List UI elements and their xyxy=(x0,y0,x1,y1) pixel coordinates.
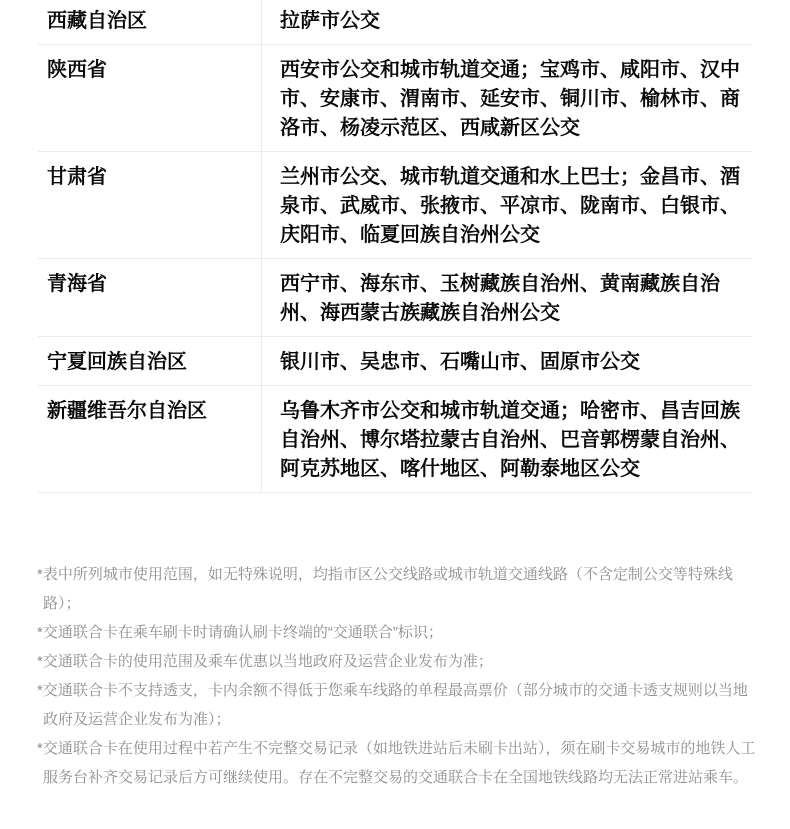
province-cell: 西藏自治区 xyxy=(38,0,261,44)
table-row: 宁夏回族自治区 银川市、吴忠市、石嘴山市、固原市公交 xyxy=(38,337,752,386)
coverage-cell: 兰州市公交、城市轨道交通和水上巴士；金昌市、酒泉市、武威市、张掖市、平凉市、陇南… xyxy=(261,152,752,258)
coverage-cell: 西宁市、海东市、玉树藏族自治州、黄南藏族自治州、海西蒙古族藏族自治州公交 xyxy=(261,259,752,336)
table-row: 陕西省 西安市公交和城市轨道交通；宝鸡市、咸阳市、汉中市、安康市、渭南市、延安市… xyxy=(38,45,752,152)
coverage-cell: 银川市、吴忠市、石嘴山市、固原市公交 xyxy=(261,337,752,385)
province-cell: 新疆维吾尔自治区 xyxy=(38,386,261,492)
transit-coverage-page: 西藏自治区 拉萨市公交 陕西省 西安市公交和城市轨道交通；宝鸡市、咸阳市、汉中市… xyxy=(0,0,790,829)
table-row: 甘肃省 兰州市公交、城市轨道交通和水上巴士；金昌市、酒泉市、武威市、张掖市、平凉… xyxy=(38,152,752,259)
coverage-table: 西藏自治区 拉萨市公交 陕西省 西安市公交和城市轨道交通；宝鸡市、咸阳市、汉中市… xyxy=(38,0,752,493)
footnote: *交通联合卡在使用过程中若产生不完整交易记录（如地铁进站后未刷卡出站），须在刷卡… xyxy=(37,734,757,792)
province-cell: 陕西省 xyxy=(38,45,261,151)
province-cell: 甘肃省 xyxy=(38,152,261,258)
coverage-cell: 西安市公交和城市轨道交通；宝鸡市、咸阳市、汉中市、安康市、渭南市、延安市、铜川市… xyxy=(261,45,752,151)
footnote: *交通联合卡的使用范围及乘车优惠以当地政府及运营企业发布为准； xyxy=(37,647,757,676)
footnote: *交通联合卡不支持透支，卡内余额不得低于您乘车线路的单程最高票价（部分城市的交通… xyxy=(37,676,757,734)
footnote: *表中所列城市使用范围，如无特殊说明，均指市区公交线路或城市轨道交通线路（不含定… xyxy=(37,560,757,618)
footnotes-section: *表中所列城市使用范围，如无特殊说明，均指市区公交线路或城市轨道交通线路（不含定… xyxy=(37,560,757,792)
table-row: 新疆维吾尔自治区 乌鲁木齐市公交和城市轨道交通；哈密市、昌吉回族自治州、博尔塔拉… xyxy=(38,386,752,493)
table-row: 青海省 西宁市、海东市、玉树藏族自治州、黄南藏族自治州、海西蒙古族藏族自治州公交 xyxy=(38,259,752,337)
coverage-cell: 乌鲁木齐市公交和城市轨道交通；哈密市、昌吉回族自治州、博尔塔拉蒙古自治州、巴音郭… xyxy=(261,386,752,492)
coverage-cell: 拉萨市公交 xyxy=(261,0,752,44)
footnote: *交通联合卡在乘车刷卡时请确认刷卡终端的“交通联合”标识； xyxy=(37,618,757,647)
province-cell: 宁夏回族自治区 xyxy=(38,337,261,385)
table-row: 西藏自治区 拉萨市公交 xyxy=(38,0,752,45)
province-cell: 青海省 xyxy=(38,259,261,336)
